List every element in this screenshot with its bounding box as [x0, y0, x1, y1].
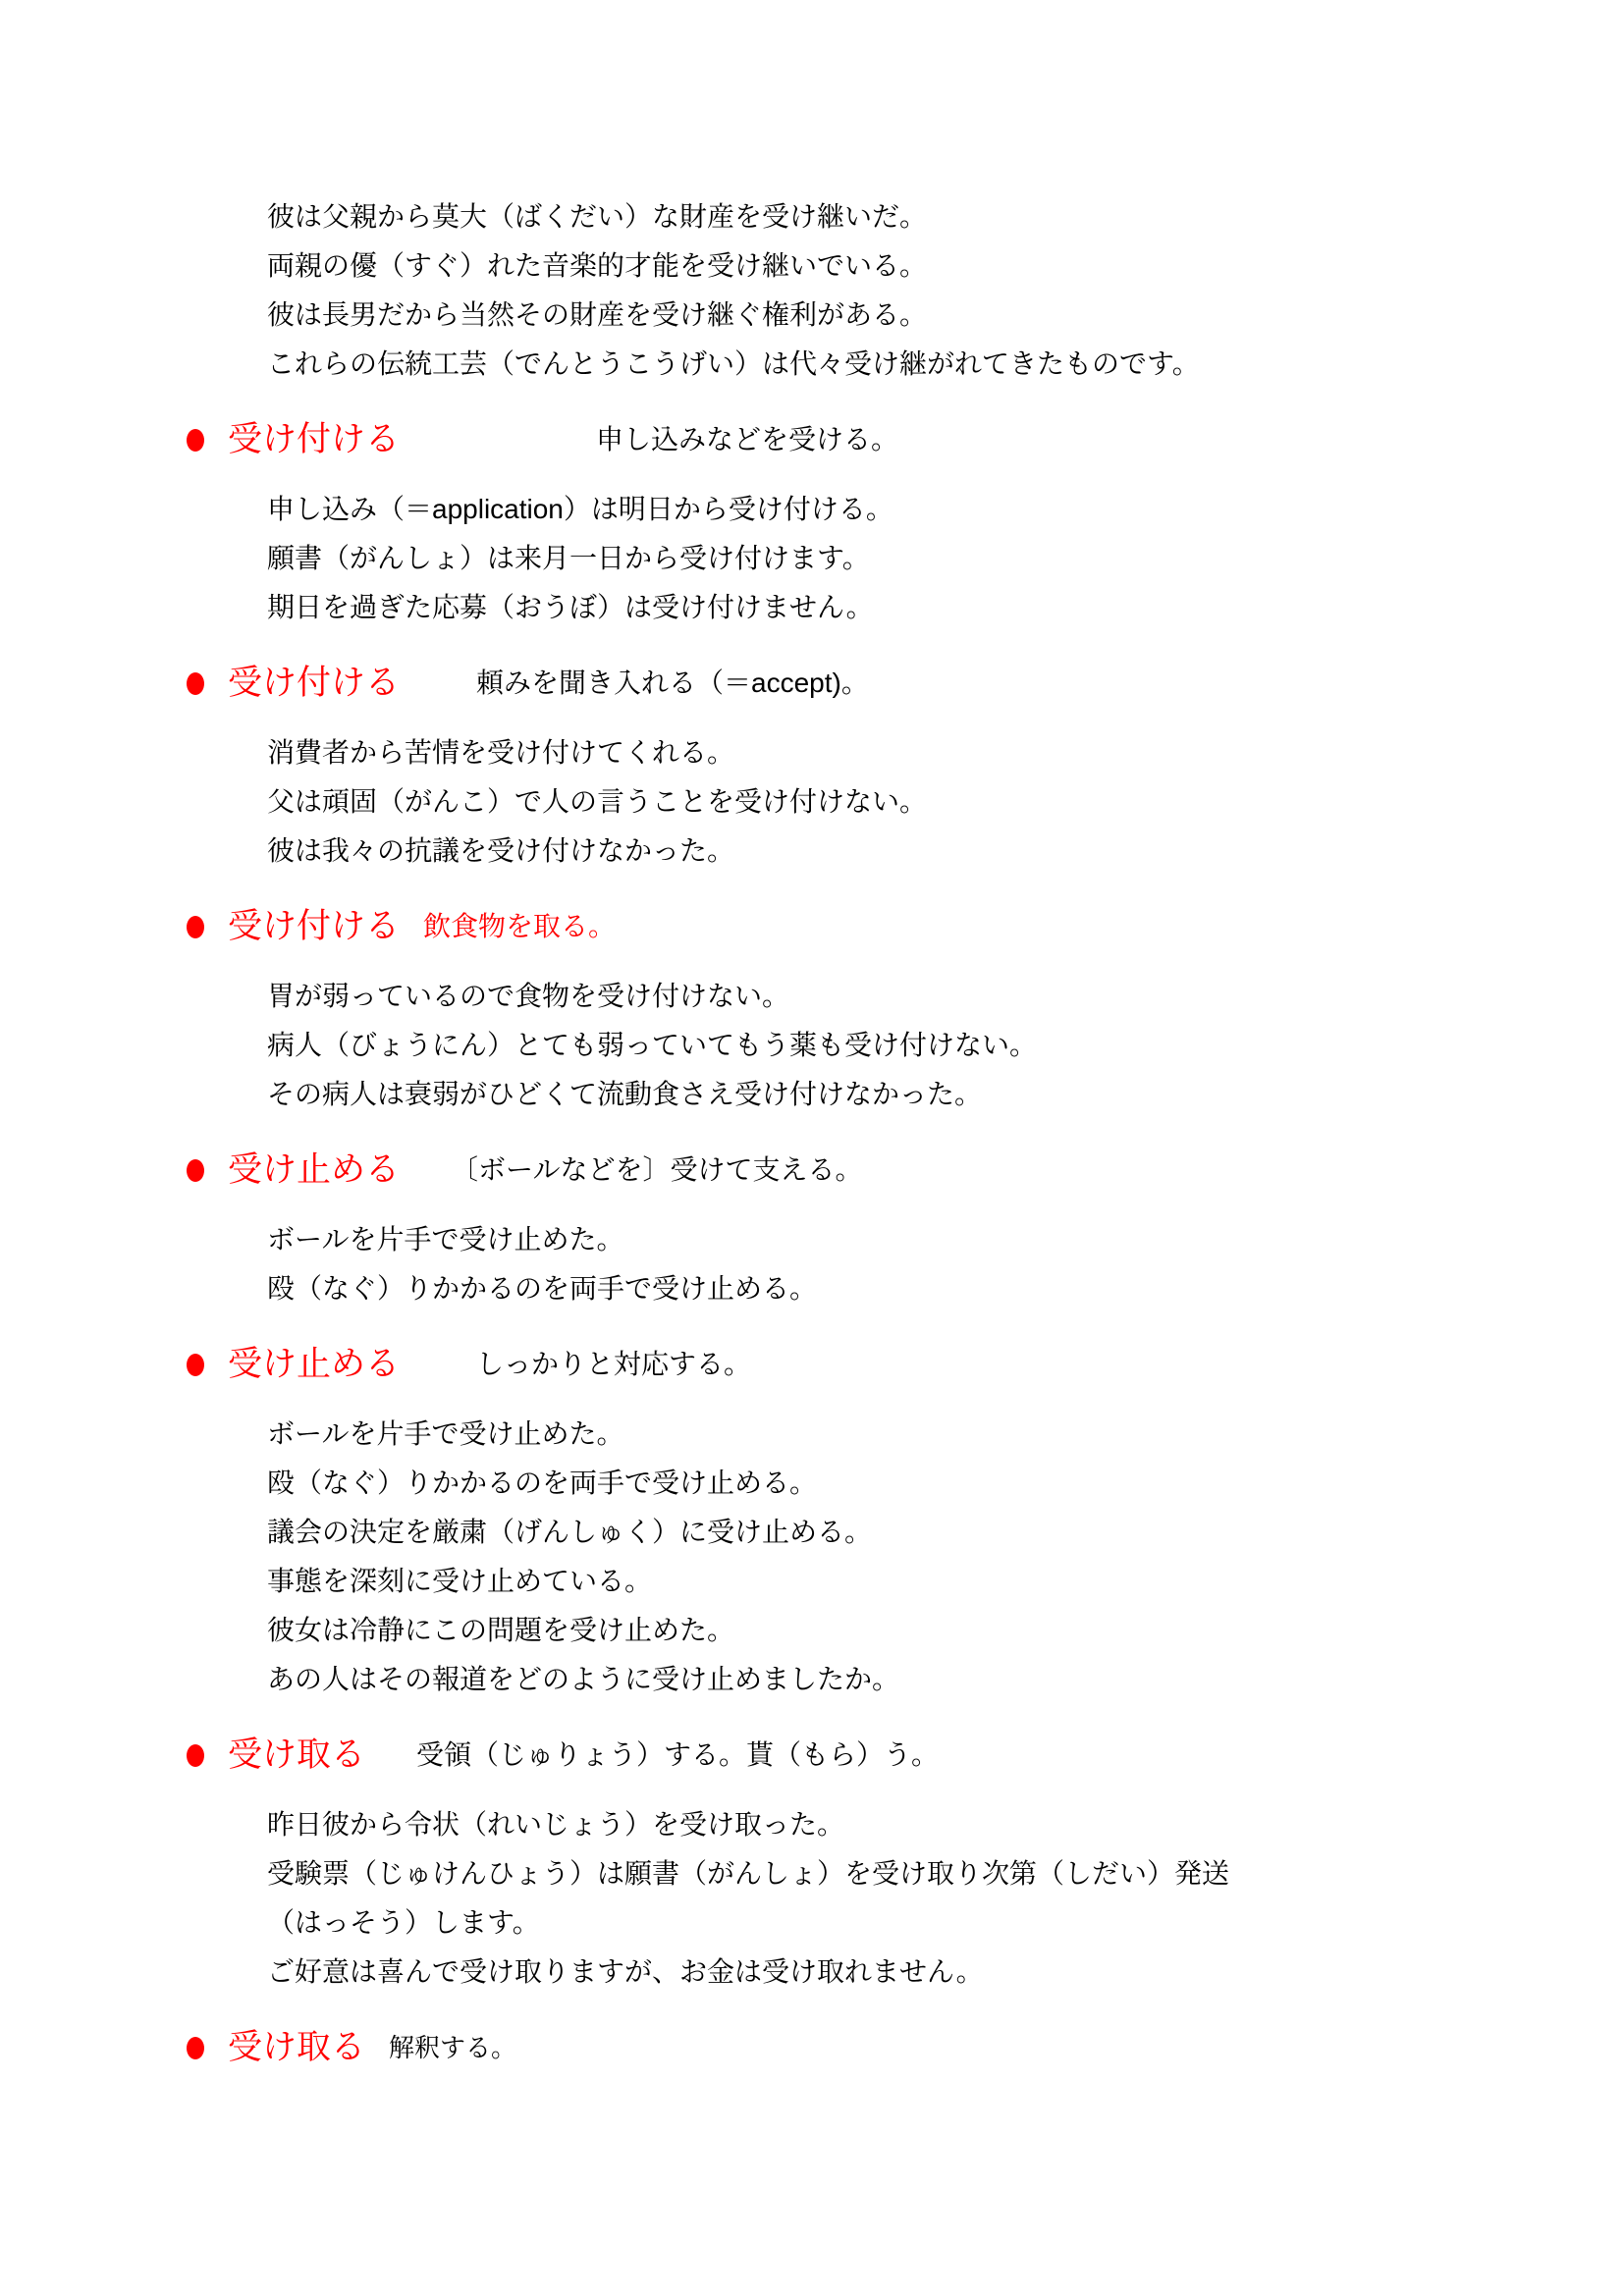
entry-definition: 〔ボールなどを〕受けて支える。: [451, 1145, 862, 1196]
example-sentence: 願書（がんしょ）は来月一日から受け付けます。: [267, 534, 1585, 583]
red-bullet-icon: [187, 916, 204, 938]
example-list: ボールを片手で受け止めた。 殴（なぐ）りかかるのを両手で受け止める。: [187, 1215, 1585, 1313]
example-list: 胃が弱っているので食物を受け付けない。 病人（びょうにん）とても弱っていてもう薬…: [187, 972, 1585, 1119]
example-sentence: 殴（なぐ）りかかるのを両手で受け止める。: [267, 1264, 1585, 1313]
red-bullet-icon: [187, 1744, 204, 1767]
entry-headword: 受け止める: [228, 1145, 400, 1196]
intro-example-line: 両親の優（すぐ）れた音楽的才能を受け継いでいる。: [267, 241, 1585, 291]
entry-heading: 受け付ける 飲食物を取る。: [187, 901, 1585, 952]
dictionary-entry: 受け付ける 飲食物を取る。 胃が弱っているので食物を受け付けない。 病人（びょう…: [187, 901, 1585, 1119]
example-list: 申し込み（＝application）は明日から受け付ける。 願書（がんしょ）は来…: [187, 485, 1585, 632]
example-sentence: その病人は衰弱がひどくて流動食さえ受け付けなかった。: [267, 1070, 1585, 1119]
entry-heading: 受け付ける 申し込みなどを受ける。: [187, 414, 1585, 465]
entry-definition: 受領（じゅりょう）する。貰（もら）う。: [416, 1730, 939, 1781]
dictionary-entry: 受け付ける 申し込みなどを受ける。 申し込み（＝application）は明日か…: [187, 414, 1585, 632]
red-bullet-icon: [187, 1159, 204, 1182]
example-sentence: 彼は我々の抗議を受け付けなかった。: [267, 827, 1585, 876]
entry-heading: 受け付ける 頼みを聞き入れる（＝accept)。: [187, 658, 1585, 709]
entry-headword: 受け取る: [228, 2022, 365, 2073]
entry-headword: 受け止める: [228, 1339, 400, 1390]
example-sentence: 胃が弱っているので食物を受け付けない。: [267, 972, 1585, 1021]
red-bullet-icon: [187, 1354, 204, 1376]
example-sentence: 殴（なぐ）りかかるのを両手で受け止める。: [267, 1459, 1585, 1508]
example-sentence: 申し込み（＝application）は明日から受け付ける。: [267, 485, 1585, 534]
example-sentence: 事態を深刻に受け止めている。: [267, 1557, 1585, 1606]
example-sentence: 彼女は冷静にこの問題を受け止めた。: [267, 1606, 1585, 1655]
dictionary-entry: 受け止める しっかりと対応する。 ボールを片手で受け止めた。 殴（なぐ）りかかる…: [187, 1339, 1585, 1704]
example-list: ボールを片手で受け止めた。 殴（なぐ）りかかるのを両手で受け止める。 議会の決定…: [187, 1410, 1585, 1704]
intro-example-line: 彼は長男だから当然その財産を受け継ぐ権利がある。: [267, 291, 1585, 340]
intro-example-line: 彼は父親から莫大（ばくだい）な財産を受け継いだ。: [267, 192, 1585, 241]
intro-paragraph: 彼は父親から莫大（ばくだい）な財産を受け継いだ。 両親の優（すぐ）れた音楽的才能…: [187, 192, 1585, 389]
example-sentence: 昨日彼から令状（れいじょう）を受け取った。: [267, 1800, 1585, 1849]
entry-headword: 受け付ける: [228, 658, 400, 709]
example-list: 消費者から苦情を受け付けてくれる。 父は頑固（がんこ）で人の言うことを受け付けな…: [187, 728, 1585, 876]
example-sentence: 病人（びょうにん）とても弱っていてもう薬も受け付けない。: [267, 1021, 1585, 1070]
entry-headword: 受け取る: [228, 1730, 365, 1781]
example-sentence: ご好意は喜んで受け取りますが、お金は受け取れません。: [267, 1948, 1585, 1997]
example-sentence: 期日を過ぎた応募（おうぼ）は受け付けません。: [267, 583, 1585, 632]
entry-headword: 受け付ける: [228, 414, 400, 465]
entry-definition: 申し込みなどを受ける。: [596, 414, 898, 465]
entry-heading: 受け取る 受領（じゅりょう）する。貰（もら）う。: [187, 1730, 1585, 1781]
example-sentence: 議会の決定を厳粛（げんしゅく）に受け止める。: [267, 1508, 1585, 1557]
intro-example-line: これらの伝統工芸（でんとうこうげい）は代々受け継がれてきたものです。: [267, 340, 1585, 389]
example-sentence: 父は頑固（がんこ）で人の言うことを受け付けない。: [267, 777, 1585, 827]
example-list: 昨日彼から令状（れいじょう）を受け取った。 受験票（じゅけんひょう）は願書（がん…: [187, 1800, 1585, 1997]
entry-definition: 飲食物を取る。: [423, 901, 616, 952]
example-sentence: あの人はその報道をどのように受け止めましたか。: [267, 1655, 1585, 1704]
entry-definition: 頼みを聞き入れる（＝accept)。: [476, 658, 869, 709]
entry-heading: 受け取る 解釈する。: [187, 2022, 1585, 2073]
document-page: 彼は父親から莫大（ばくだい）な財産を受け継いだ。 両親の優（すぐ）れた音楽的才能…: [0, 0, 1624, 2296]
dictionary-entry: 受け付ける 頼みを聞き入れる（＝accept)。 消費者から苦情を受け付けてくれ…: [187, 658, 1585, 876]
dictionary-entry: 受け取る 受領（じゅりょう）する。貰（もら）う。 昨日彼から令状（れいじょう）を…: [187, 1730, 1585, 1997]
entry-headword: 受け付ける: [228, 901, 400, 952]
entry-heading: 受け止める しっかりと対応する。: [187, 1339, 1585, 1390]
entry-definition: しっかりと対応する。: [476, 1339, 751, 1390]
entry-heading: 受け止める 〔ボールなどを〕受けて支える。: [187, 1145, 1585, 1196]
dictionary-entry: 受け止める 〔ボールなどを〕受けて支える。 ボールを片手で受け止めた。 殴（なぐ…: [187, 1145, 1585, 1313]
red-bullet-icon: [187, 672, 204, 695]
example-sentence: （はっそう）します。: [267, 1898, 1585, 1948]
example-sentence: ボールを片手で受け止めた。: [267, 1410, 1585, 1459]
red-bullet-icon: [187, 429, 204, 452]
example-sentence: 受験票（じゅけんひょう）は願書（がんしょ）を受け取り次第（しだい）発送: [267, 1849, 1585, 1898]
entry-definition: 解釈する。: [389, 2022, 516, 2073]
red-bullet-icon: [187, 2037, 204, 2059]
example-sentence: 消費者から苦情を受け付けてくれる。: [267, 728, 1585, 777]
dictionary-entry: 受け取る 解釈する。: [187, 2022, 1585, 2073]
example-sentence: ボールを片手で受け止めた。: [267, 1215, 1585, 1264]
